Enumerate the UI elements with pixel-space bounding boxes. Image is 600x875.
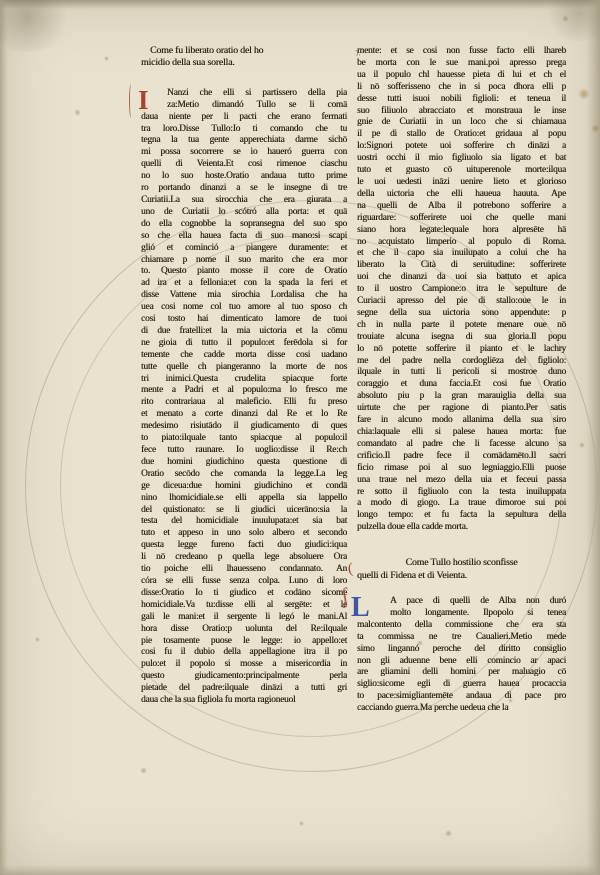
text-line: il pe di stallo de Oratio:et gridaua al … (357, 129, 566, 141)
text-line: una traue nel mezo della uia et feceui p… (357, 475, 566, 487)
text-line: disse:Oratio Io ti giudico et codāno sic… (141, 588, 347, 600)
text-line: non gli aduenne bene elli comincio ar ap… (357, 656, 566, 668)
text-line: del quistionato: se li giudici uicerāno:… (141, 505, 347, 517)
text-line: medesimo risiutādo il giudicamento di qu… (141, 421, 347, 433)
text-line: nino lhomicidiale.se elli appella sia la… (141, 493, 347, 505)
text-line: Come fu liberato oratio del ho (150, 45, 347, 57)
text-line: crificio.Il padre fece il comādamēto.Il … (357, 451, 566, 463)
text-line: questo giudicamento:principalmente perla (141, 671, 347, 683)
text-line: temente che cadde morta disse cosi uadan… (141, 350, 347, 362)
text-line: pie tosamente puose le legge: io appello… (141, 636, 347, 648)
text-line: lo nō potette sofferire il pianto et le … (357, 344, 566, 356)
text-line: do ella cognobbe la sopransegna del suo … (141, 219, 347, 231)
text-line: uirtute che per ragione di pianto.Per sa… (357, 403, 566, 415)
text-line: disse Vattene mia sirochia Lordalisa che… (141, 290, 347, 302)
text-line: simo lingannó peroche del diritto consig… (357, 644, 566, 656)
text-line: riguardare: sofferirete uoi che quelle m… (357, 213, 566, 225)
text-line: cacciando guerra.Ma perche uedeua che la (357, 703, 566, 715)
text-line: ne gioia di tutto il populo:et ferēdola … (141, 338, 347, 350)
chapter-heading-2: ( Come Tullo hostilio sconfissequelli di… (357, 557, 566, 582)
text-line: ilquale in tutti li pericoli si mostroe … (357, 367, 566, 379)
text-line: uostri occhi il mio figliuolo sia ligato… (357, 153, 566, 165)
text-line: rito contrariaua al maleficio. Elli fu p… (141, 397, 347, 409)
left-column: ⁊. Come fu liberato oratio del homicidio… (141, 45, 347, 707)
text-line: testa del homicidiale inuulupata:et sia … (141, 516, 347, 528)
text-line: di due fratelli:et la mia uictoria et la… (141, 326, 347, 338)
text-line: to pace:simigliantemēte andaua di pace p… (357, 691, 566, 703)
paragraph-1: I Nanzi che elli si partissero della pia… (141, 88, 347, 707)
text-line: uea cosi nome col tuo amore al tuo sposo… (141, 302, 347, 314)
text-line: Nanzi che elli si partissero della pia (167, 88, 347, 100)
text-line: daua niente per li pacti che erano ferma… (141, 112, 347, 124)
page-edge-right (586, 0, 600, 875)
text-line: are gliamini delli homini per maluagio c… (357, 667, 566, 679)
book-page: ⁊. Come fu liberato oratio del homicidio… (0, 0, 600, 875)
dropcap-initial-i: I (138, 87, 148, 114)
text-line: to il uostro Campione:o itra le sepultur… (357, 284, 566, 296)
text-line: molto longamente. Ilpopolo si tenea (390, 608, 566, 620)
text-line: suo filiuolo abracciato et monstraua le … (357, 106, 566, 118)
text-line: mi possa socorrere se io haueró guerra c… (141, 147, 347, 159)
text-line: tri inimici.Questa crudelita spiacque fo… (141, 374, 347, 386)
text-line: lo:Signori potete uoi sofferire ch dināz… (357, 141, 566, 153)
text-line: et che il capo sia inuilupato a colui ch… (357, 248, 566, 260)
penwork-flourish (129, 84, 133, 118)
text-line: tuto et appeso in uno solo albero et sec… (141, 528, 347, 540)
text-line: siglio:sicome egli di guerra hauea proca… (357, 679, 566, 691)
text-line: za:Metio dimandó Tullo se li comā (167, 100, 347, 112)
text-line: chia:laquale elli si palese hauea morta:… (357, 427, 566, 439)
foxing-spot (35, 637, 40, 642)
text-line: tegna la tua gente apperechiata darme si… (141, 135, 347, 147)
text-line: ad ira et a fellonia:et con la spada la … (141, 278, 347, 290)
text-line: me del padre nella cordogliēza del figli… (357, 356, 566, 368)
text-line: be morta con le sue mani.poi apresso pre… (357, 58, 566, 70)
text-line: uno de Curiatii lo scótró alla porta: et… (141, 207, 347, 219)
text-line: chiamare p nome il suo marito che era mo… (141, 255, 347, 267)
foxing-spot (299, 821, 304, 826)
text-line: coraggio et duna faccia.Et cosi fue Orat… (357, 379, 566, 391)
text-line: micidio della sua sorella. (141, 57, 347, 69)
text-line: pulo:et il popolo si mosse a misericordi… (141, 659, 347, 671)
text-line: Curiatii.La sua sirocchia che era giurat… (141, 195, 347, 207)
chapter-heading-1: ⁊. Come fu liberato oratio del homicidio… (141, 45, 347, 70)
text-line: ta commissa ne tre Caualieri.Metio mede (357, 632, 566, 644)
text-line: comandato al padre che li facesse alcuno… (357, 439, 566, 451)
text-line: córa se elli fusse senza colpa. Luno di … (141, 576, 347, 588)
text-line: le uoi uedesti ināzi uenire lieto et glo… (357, 177, 566, 189)
text-line: no acquistato limperio al populo di Roma… (357, 237, 566, 249)
text-line: uoi che dinanzi da uoi sia battuto et ap… (357, 272, 566, 284)
rubric-paraph-mark: ( (347, 563, 353, 576)
foxing-spot (104, 56, 109, 61)
text-line: Curiacii apresso del pie di stallo:oue l… (357, 296, 566, 308)
text-line: ua il populo chl hauesse pieta di lui et… (357, 70, 566, 82)
text-line: tutte quelle ch piangeranno la morte de … (141, 362, 347, 374)
text-line: A pace di quelli de Alba non duró (390, 596, 566, 608)
text-line: so che ella hauea facta di suo mano:si s… (141, 231, 347, 243)
page-edge-left (0, 0, 7, 875)
text-line: li nō credeano p quella lege absoluere O… (141, 552, 347, 564)
text-line: to. Questo pianto mosse il core de Orati… (141, 266, 347, 278)
text-line: fare in alcuno modo allanima della sua s… (357, 415, 566, 427)
text-line: mente a Padri et al populo:ma lo fresco … (141, 385, 347, 397)
right-column: mente: et se cosi non fusse facto elli l… (357, 46, 566, 715)
text-line: tra loro.Disse Tullo:Io ti comando che t… (141, 124, 347, 136)
text-line: cosi tosto hai dimenticato lamore de tuo… (141, 314, 347, 326)
text-line: ro portando dinanzi a se le insegne di t… (141, 183, 347, 195)
text-line: Oratio secōdo che comanda la legge.La le… (141, 469, 347, 481)
text-line: mente: et se cosi non fusse facto elli l… (357, 46, 566, 58)
text-line: fece tutto raunare. Io uoglio:disse il R… (141, 445, 347, 457)
corner-smudge (0, 0, 72, 52)
text-line: gnie de Curiatii in un loco che si chiam… (357, 117, 566, 129)
text-line: liberato la Cità di seruitudine: sofferi… (357, 260, 566, 272)
text-line: siano hora legate:lequale hora alpresēte… (357, 225, 566, 237)
text-line: due homini giudichino questa questione d… (141, 457, 347, 469)
text-line: re sotto il figliuolo con la testa inuil… (357, 487, 566, 499)
text-line: tio poiche elli lhauesseno condannato. A… (141, 564, 347, 576)
text-line: segne della sua uictoria sono appendute:… (357, 308, 566, 320)
text-line: na quelli de Alba il potrebono sofferire… (357, 201, 566, 213)
text-line: quelli di Fidena et di Veienta. (357, 570, 566, 582)
text-line: hora disse Oratio:p uolunta del Re:ilqua… (141, 624, 347, 636)
text-line: gali le mani:et il sergente li legó le m… (141, 612, 347, 624)
paragraph-1-continued: mente: et se cosi non fusse facto elli l… (357, 46, 566, 534)
foxing-spot (445, 830, 452, 837)
text-line: glió et cominció a piangere duramente: e… (141, 243, 347, 255)
text-line: trouiate alcuna isegna di sua gloria.Il … (357, 332, 566, 344)
text-line: Come Tullo hostilio sconfisse (357, 557, 566, 569)
text-line: pietade del padre:ilquale dināzi a tutti… (141, 683, 347, 695)
text-line: ge diceua:due homini giudichino et condā (141, 481, 347, 493)
foxing-spot (74, 109, 81, 116)
text-line: a modo di giogo. La traue dimoroe sui po… (357, 498, 566, 510)
page-edge-bottom (0, 865, 600, 875)
page-edge-top (0, 0, 600, 9)
text-line: ch in nulla parte il potete menare oue n… (357, 320, 566, 332)
text-line: to piato:ilquale tanto spiacque al popul… (141, 433, 347, 445)
text-line: absoluto piu p la gran marauiglia della … (357, 391, 566, 403)
text-line: no lo suo hoste.Oratio andaua tutto prim… (141, 171, 347, 183)
text-line: daua che la sua figliola fu morta ragion… (141, 695, 347, 707)
text-line: questa legge fureno facti duo giudici:iq… (141, 540, 347, 552)
text-line: li nō sofferisseno che in si poca dhora … (357, 82, 566, 94)
text-line: malcontento della commissione che era st… (357, 620, 566, 632)
text-line: cosi fu il dubio della appellagione itra… (141, 647, 347, 659)
text-line: quelli di Veienta.Et cosi rimenoe ciasch… (141, 159, 347, 171)
text-line: desse tutti isuoi nobili figlioli: et te… (357, 94, 566, 106)
paragraph-2: L ʃ A pace di quelli de Alba non durómol… (357, 596, 566, 715)
text-line: pulzella doue ella cadde morta. (357, 522, 566, 534)
text-line: homicidiale.Va tu:disse elli al sergēte:… (141, 600, 347, 612)
text-line: longo tempo: et fu facta la sepultura de… (357, 510, 566, 522)
text-line: et menato a corte dinanzi dal Re et lo R… (141, 409, 347, 421)
corner-smudge (544, 0, 600, 41)
text-line: ficio rimase poi al suo legniaggio.Elli … (357, 463, 566, 475)
text-line: tuto et guasto cō uituperenole morte:ilq… (357, 165, 566, 177)
dropcap-initial-l: L (351, 594, 369, 622)
text-line: della uictoria che elli haueua hauuta. A… (357, 189, 566, 201)
foxing-spot (140, 767, 147, 774)
